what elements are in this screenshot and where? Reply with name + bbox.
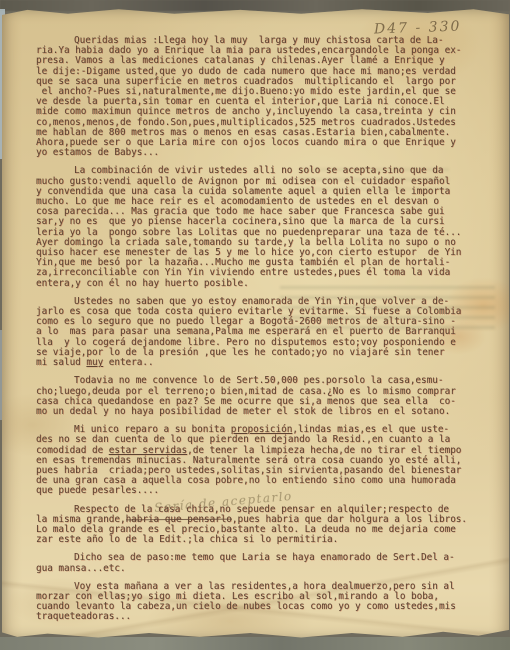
- letter-line: yo estamos de Babys...: [36, 148, 497, 158]
- letter-paragraph: Queridas mias :Llega hoy la muy larga y …: [36, 36, 497, 158]
- text-segment: gua mansa...etc.: [36, 563, 126, 574]
- text-segment: zar este año lo de la Edit.;la chica si …: [36, 534, 338, 545]
- letter-line: traqueteadoras...: [36, 612, 497, 622]
- text-segment: Dicho sea de paso:me temo que Laria se h…: [74, 552, 455, 563]
- text-segment: mi salud: [36, 357, 86, 368]
- adjacent-page-edge-bottom: [0, 637, 510, 650]
- letter-paragraph: La combinación de vivir ustedes alli no …: [36, 166, 497, 288]
- letter-line: mo un dedal y no haya posibilidad de met…: [36, 407, 497, 417]
- letter-line: zar este año lo de la Edit.;la chica si …: [36, 535, 497, 545]
- text-segment: entera..: [103, 357, 153, 368]
- letter-paragraph: Voy esta mañana a ver a las residentes,a…: [36, 582, 497, 623]
- letter-paragraph: Mi unico reparo a su bonita proposición,…: [36, 425, 497, 496]
- letter-line: entera,y con él no hay huerto posible.: [36, 279, 497, 289]
- letter-paragraph: Todavia no me convence lo de Sert.50,000…: [36, 376, 497, 417]
- struck-text: habria que pensarlo: [126, 514, 232, 525]
- letter-line: mi salud muy entera..: [36, 358, 497, 368]
- text-segment: entera,y con él no hay huerto posible.: [36, 278, 249, 289]
- text-segment: mo un dedal y no haya posibilidad de met…: [36, 406, 450, 417]
- letter-paragraph: Respecto de la casa chica,no sepuede pen…: [36, 505, 497, 546]
- scanned-letter: D47 - 330 Sería de aceptarlo Queridas mi…: [0, 0, 510, 650]
- letter-line: que puede pesarles....: [36, 486, 497, 496]
- letter-paragraph: Dicho sea de paso:me temo que Laria se h…: [36, 553, 497, 573]
- text-segment: que puede pesarles....: [36, 485, 159, 496]
- text-segment: traqueteadoras...: [36, 611, 131, 622]
- letter-page: D47 - 330 Sería de aceptarlo Queridas mi…: [2, 8, 509, 640]
- letter-line: gua mansa...etc.: [36, 564, 497, 574]
- underlined-text: muy: [86, 357, 103, 368]
- text-segment: yo estamos de Babys...: [36, 147, 159, 158]
- letter-body: Queridas mias :Llega hoy la muy larga y …: [36, 36, 497, 631]
- letter-paragraph: Ustedes no saben que yo estoy enamorada …: [36, 297, 497, 368]
- adjacent-page-edge-top: [0, 0, 510, 11]
